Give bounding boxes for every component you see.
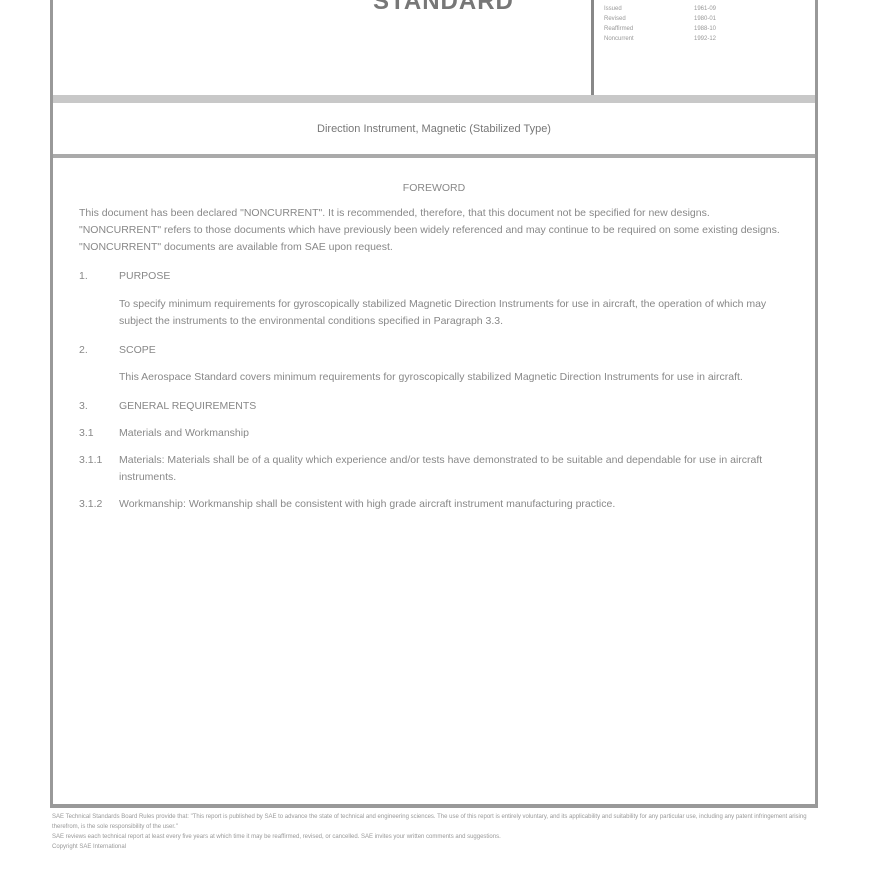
section-text: To specify minimum requirements for gyro… bbox=[79, 296, 789, 330]
revision-box: Issued1961-09 Revised1980-01 Reaffirmed1… bbox=[591, 0, 818, 98]
section-heading: 2.SCOPE bbox=[79, 342, 789, 359]
document-title: Direction Instrument, Magnetic (Stabiliz… bbox=[53, 123, 815, 135]
section-heading: 1.PURPOSE bbox=[79, 268, 789, 285]
meta-row: Revised1980-01 bbox=[604, 14, 818, 24]
document-page: STANDARD Issued1961-09 Revised1980-01 Re… bbox=[50, 0, 818, 808]
meta-row: Noncurrent1992-12 bbox=[604, 34, 818, 44]
foreword-heading: FOREWORD bbox=[79, 180, 789, 197]
section-text: This Aerospace Standard covers minimum r… bbox=[79, 369, 789, 386]
subsection: 3.1.2Workmanship: Workmanship shall be c… bbox=[79, 496, 789, 513]
meta-row: Issued1961-09 bbox=[604, 4, 818, 14]
section-heading: 3.1Materials and Workmanship bbox=[79, 425, 789, 442]
document-header: STANDARD Issued1961-09 Revised1980-01 Re… bbox=[53, 0, 815, 98]
standard-mark: STANDARD bbox=[373, 0, 514, 16]
legal-footer: SAE Technical Standards Board Rules prov… bbox=[52, 812, 812, 852]
meta-row: Reaffirmed1988-10 bbox=[604, 24, 818, 34]
header-divider bbox=[53, 95, 815, 103]
subsection: 3.1.1Materials: Materials shall be of a … bbox=[79, 452, 789, 486]
title-band: Direction Instrument, Magnetic (Stabiliz… bbox=[53, 103, 815, 158]
foreword-text: This document has been declared "NONCURR… bbox=[79, 205, 789, 256]
section-heading: 3.GENERAL REQUIREMENTS bbox=[79, 398, 789, 415]
document-body: FOREWORD This document has been declared… bbox=[79, 180, 789, 523]
